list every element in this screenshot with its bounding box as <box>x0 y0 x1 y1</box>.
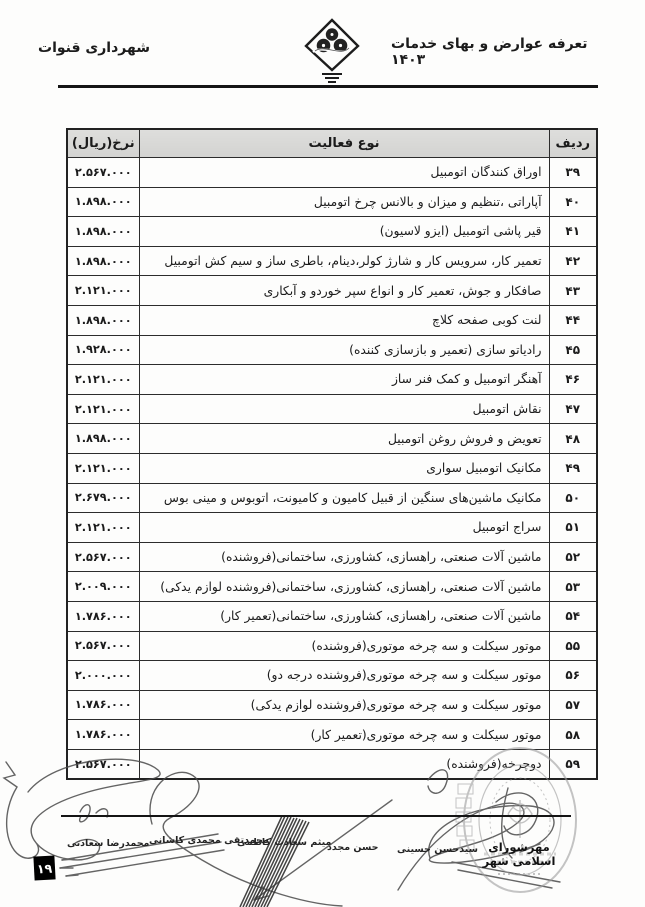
rate-cell: ۲.۱۲۱.۰۰۰ <box>67 513 139 543</box>
rate-cell: ۲.۰۰۰.۰۰۰ <box>67 661 139 691</box>
tariff-table: ردیف نوع فعالیت نرخ(ریال) ۳۹ اوراق کنندگ… <box>66 128 598 780</box>
rate-cell: ۲.۱۲۱.۰۰۰ <box>67 394 139 424</box>
rate-cell: ۱.۷۸۶.۰۰۰ <box>67 690 139 720</box>
table-row: ۵۰ مکانیک ماشین‌های سنگین از قبیل کامیون… <box>67 483 597 513</box>
signatory-name: سیدحسن حسینی <box>397 844 478 855</box>
row-number-cell: ۵۲ <box>549 542 597 572</box>
row-number-cell: ۴۲ <box>549 246 597 276</box>
header-divider <box>58 85 598 88</box>
row-number-cell: ۵۱ <box>549 513 597 543</box>
row-number-cell: ۴۵ <box>549 335 597 365</box>
table-row: ۵۵ موتور سیکلت و سه چرخه موتوری(فروشنده)… <box>67 631 597 661</box>
table-row: ۴۹ مکانیک اتومبیل سواری ۲.۱۲۱.۰۰۰ <box>67 453 597 483</box>
rate-cell: ۱.۸۹۸.۰۰۰ <box>67 187 139 217</box>
activity-cell: قیر پاشی اتومبیل (ایزو لاسیون) <box>139 217 549 247</box>
table-row: ۵۶ موتور سیکلت و سه چرخه موتوری(فروشنده … <box>67 661 597 691</box>
row-number-cell: ۴۱ <box>549 217 597 247</box>
footer-divider <box>61 815 571 817</box>
row-number-cell: ۴۳ <box>549 276 597 306</box>
activity-cell: نقاش اتومبیل <box>139 394 549 424</box>
rate-cell: ۲.۱۲۱.۰۰۰ <box>67 365 139 395</box>
activity-cell: ماشین آلات صنعتی، راهسازی، کشاورزی، ساخت… <box>139 542 549 572</box>
rate-cell: ۱.۸۹۸.۰۰۰ <box>67 424 139 454</box>
activity-cell: لنت کوبی صفحه کلاچ <box>139 305 549 335</box>
row-number-cell: ۴۷ <box>549 394 597 424</box>
municipality-logo-icon <box>303 18 361 86</box>
activity-cell: رادیاتو سازی (تعمیر و بازسازی کننده) <box>139 335 549 365</box>
activity-cell: صافکار و جوش، تعمیر کار و انواع سپر خورد… <box>139 276 549 306</box>
rate-cell: ۲.۶۷۹.۰۰۰ <box>67 483 139 513</box>
row-number-cell: ۵۵ <box>549 631 597 661</box>
column-header-activity: نوع فعالیت <box>139 129 549 158</box>
rate-cell: ۲.۵۶۷.۰۰۰ <box>67 542 139 572</box>
row-number-cell: ۵۳ <box>549 572 597 602</box>
row-number-cell: ۵۶ <box>549 661 597 691</box>
table-body: ۳۹ اوراق کنندگان اتومبیل ۲.۵۶۷.۰۰۰ ۴۰ آپ… <box>67 158 597 780</box>
table-row: ۴۵ رادیاتو سازی (تعمیر و بازسازی کننده) … <box>67 335 597 365</box>
table-row: ۴۴ لنت کوبی صفحه کلاچ ۱.۸۹۸.۰۰۰ <box>67 305 597 335</box>
rate-cell: ۲.۵۶۷.۰۰۰ <box>67 158 139 188</box>
activity-cell: موتور سیکلت و سه چرخه موتوری(فروشنده) <box>139 631 549 661</box>
activity-cell: اوراق کنندگان اتومبیل <box>139 158 549 188</box>
table-row: ۴۳ صافکار و جوش، تعمیر کار و انواع سپر خ… <box>67 276 597 306</box>
rate-cell: ۱.۸۹۸.۰۰۰ <box>67 305 139 335</box>
row-number-cell: ۳۹ <box>549 158 597 188</box>
column-header-rate: نرخ(ریال) <box>67 129 139 158</box>
signatory-name: محمدرضا سعادتی <box>67 838 149 849</box>
rate-cell: ۱.۹۲۸.۰۰۰ <box>67 335 139 365</box>
activity-cell: تعویض و فروش روغن اتومبیل <box>139 424 549 454</box>
rate-cell: ۱.۸۹۸.۰۰۰ <box>67 246 139 276</box>
signatory-name: محمدتقی محمدی کاشانی <box>149 835 269 846</box>
council-seal-label: مهرشورای اسلامی شهر <box>468 840 570 868</box>
rate-cell: ۲.۱۲۱.۰۰۰ <box>67 276 139 306</box>
row-number-cell: ۴۸ <box>549 424 597 454</box>
row-number-cell: ۵۰ <box>549 483 597 513</box>
activity-cell: مکانیک ماشین‌های سنگین از قبیل کامیون و … <box>139 483 549 513</box>
table-row: ۴۸ تعویض و فروش روغن اتومبیل ۱.۸۹۸.۰۰۰ <box>67 424 597 454</box>
rate-cell: ۲.۰۰۹.۰۰۰ <box>67 572 139 602</box>
table-row: ۵۱ سراج اتومبیل ۲.۱۲۱.۰۰۰ <box>67 513 597 543</box>
row-number-cell: ۴۶ <box>549 365 597 395</box>
municipality-name: شهرداری قنوات <box>38 40 150 56</box>
row-number-cell: ۵۴ <box>549 601 597 631</box>
activity-cell: ماشین آلات صنعتی، راهسازی، کشاورزی، ساخت… <box>139 572 549 602</box>
official-round-seal-icon <box>450 742 590 897</box>
row-number-cell: ۴۰ <box>549 187 597 217</box>
signatory-name: حسن مجدد <box>327 842 378 853</box>
table-row: ۵۲ ماشین آلات صنعتی، راهسازی، کشاورزی، س… <box>67 542 597 572</box>
activity-cell: آپاراتی ،تنظیم و میزان و بالانس چرخ اتوم… <box>139 187 549 217</box>
activity-cell: تعمیر کار، سرویس کار و شارژ کولر،دینام، … <box>139 246 549 276</box>
document-title: تعرفه عوارض و بهای خدمات ۱۴۰۳ <box>391 36 621 68</box>
table-row: ۴۷ نقاش اتومبیل ۲.۱۲۱.۰۰۰ <box>67 394 597 424</box>
rate-cell: ۲.۱۲۱.۰۰۰ <box>67 453 139 483</box>
activity-cell: موتور سیکلت و سه چرخه موتوری(فروشنده لوا… <box>139 690 549 720</box>
table-row: ۵۴ ماشین آلات صنعتی، راهسازی، کشاورزی، س… <box>67 601 597 631</box>
activity-cell: مکانیک اتومبیل سواری <box>139 453 549 483</box>
activity-cell: ماشین آلات صنعتی، راهسازی، کشاورزی، ساخت… <box>139 601 549 631</box>
table-row: ۵۳ ماشین آلات صنعتی، راهسازی، کشاورزی، س… <box>67 572 597 602</box>
rate-cell: ۲.۵۶۷.۰۰۰ <box>67 631 139 661</box>
activity-cell: آهنگر اتومبیل و کمک فنر ساز <box>139 365 549 395</box>
activity-cell: سراج اتومبیل <box>139 513 549 543</box>
column-header-row: ردیف <box>549 129 597 158</box>
table-row: ۵۷ موتور سیکلت و سه چرخه موتوری(فروشنده … <box>67 690 597 720</box>
row-number-cell: ۴۹ <box>549 453 597 483</box>
table-row: ۳۹ اوراق کنندگان اتومبیل ۲.۵۶۷.۰۰۰ <box>67 158 597 188</box>
table-row: ۴۶ آهنگر اتومبیل و کمک فنر ساز ۲.۱۲۱.۰۰۰ <box>67 365 597 395</box>
table-row: ۴۰ آپاراتی ،تنظیم و میزان و بالانس چرخ ا… <box>67 187 597 217</box>
table-header: ردیف نوع فعالیت نرخ(ریال) <box>67 129 597 158</box>
rate-cell: ۱.۸۹۸.۰۰۰ <box>67 217 139 247</box>
table-row: ۴۲ تعمیر کار، سرویس کار و شارژ کولر،دینا… <box>67 246 597 276</box>
page-number-badge: ۱۹ <box>33 855 55 880</box>
table-row: ۴۱ قیر پاشی اتومبیل (ایزو لاسیون) ۱.۸۹۸.… <box>67 217 597 247</box>
scanned-tariff-document-page: تعرفه عوارض و بهای خدمات ۱۴۰۳ شهرداری قن… <box>0 0 645 907</box>
rate-cell: ۱.۷۸۶.۰۰۰ <box>67 601 139 631</box>
row-number-cell: ۵۷ <box>549 690 597 720</box>
activity-cell: موتور سیکلت و سه چرخه موتوری(فروشنده درج… <box>139 661 549 691</box>
row-number-cell: ۴۴ <box>549 305 597 335</box>
